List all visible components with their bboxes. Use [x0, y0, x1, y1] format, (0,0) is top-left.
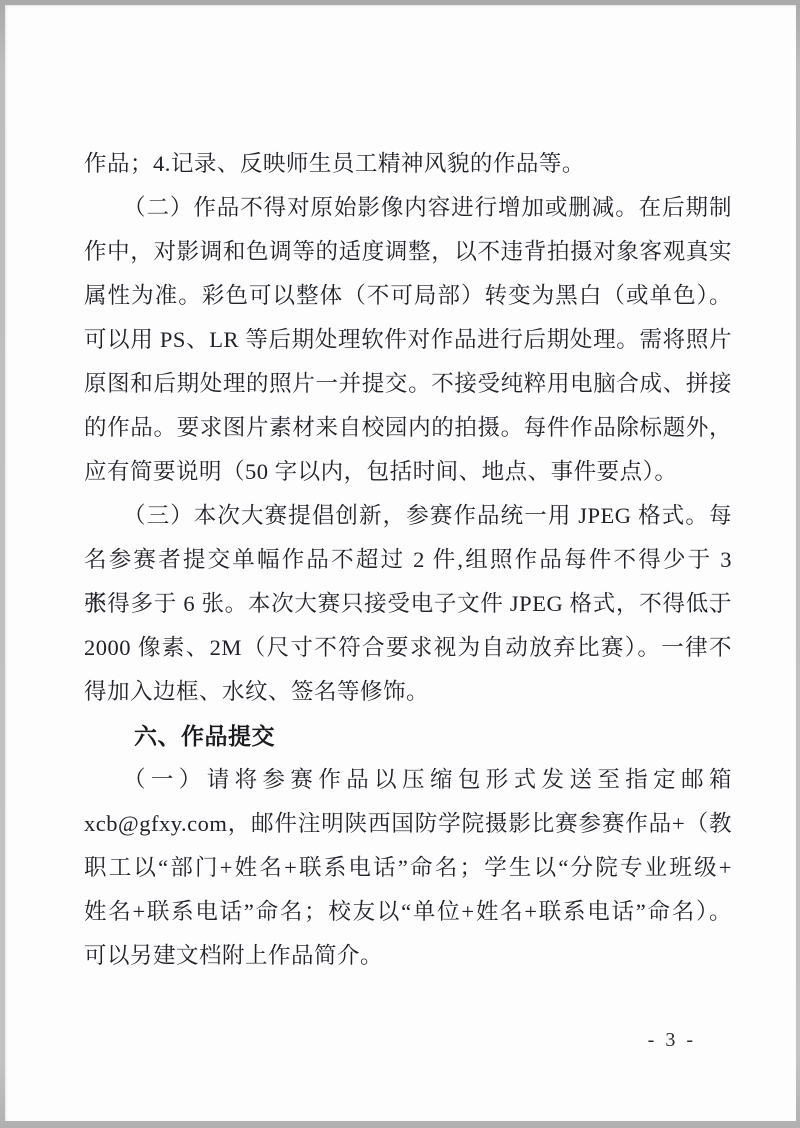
text-line: 应有简要说明（50 字以内，包括时间、地点、事件要点）。	[84, 450, 732, 494]
text-line-email: xcb@gfxy.com，邮件注明陕西国防学院摄影比赛参赛作品+（教	[84, 802, 732, 846]
page-number: - 3 -	[648, 1027, 696, 1053]
text-line: 2000 像素、2M（尺寸不符合要求视为自动放弃比赛）。一律不	[84, 626, 732, 670]
text-line: 的作品。要求图片素材来自校园内的拍摄。每件作品除标题外，	[84, 406, 732, 450]
text-line: 作品；4.记录、反映师生员工精神风貌的作品等。	[84, 142, 732, 186]
document-page: 作品；4.记录、反映师生员工精神风貌的作品等。 （二）作品不得对原始影像内容进行…	[5, 5, 796, 1121]
section-heading-submission: 六、作品提交	[84, 714, 732, 758]
text-line: 职工以“部门+姓名+联系电话”命名；学生以“分院专业班级+	[84, 846, 732, 890]
text-line-paragraph-1-start: （一）请将参赛作品以压缩包形式发送至指定邮箱	[84, 758, 732, 802]
text-line-paragraph-2-start: （二）作品不得对原始影像内容进行增加或删减。在后期制	[84, 186, 732, 230]
text-line: 不得多于 6 张。本次大赛只接受电子文件 JPEG 格式，不得低于	[84, 582, 732, 626]
text-line: 可以另建文档附上作品简介。	[84, 934, 732, 978]
text-line: 姓名+联系电话”命名；校友以“单位+姓名+联系电话”命名）。	[84, 890, 732, 934]
text-line: 属性为准。彩色可以整体（不可局部）转变为黑白（或单色）。	[84, 274, 732, 318]
document-body: 作品；4.记录、反映师生员工精神风貌的作品等。 （二）作品不得对原始影像内容进行…	[84, 142, 732, 978]
text-line: 得加入边框、水纹、签名等修饰。	[84, 670, 732, 714]
scan-frame: 作品；4.记录、反映师生员工精神风貌的作品等。 （二）作品不得对原始影像内容进行…	[0, 0, 800, 1128]
text-line: 可以用 PS、LR 等后期处理软件对作品进行后期处理。需将照片	[84, 318, 732, 362]
text-line: 作中，对影调和色调等的适度调整，以不违背拍摄对象客观真实	[84, 230, 732, 274]
text-line: 原图和后期处理的照片一并提交。不接受纯粹用电脑合成、拼接	[84, 362, 732, 406]
text-line-paragraph-3-start: （三）本次大赛提倡创新，参赛作品统一用 JPEG 格式。每	[84, 494, 732, 538]
text-line: 名参赛者提交单幅作品不超过 2 件,组照作品每件不得少于 3 张、	[84, 538, 732, 582]
